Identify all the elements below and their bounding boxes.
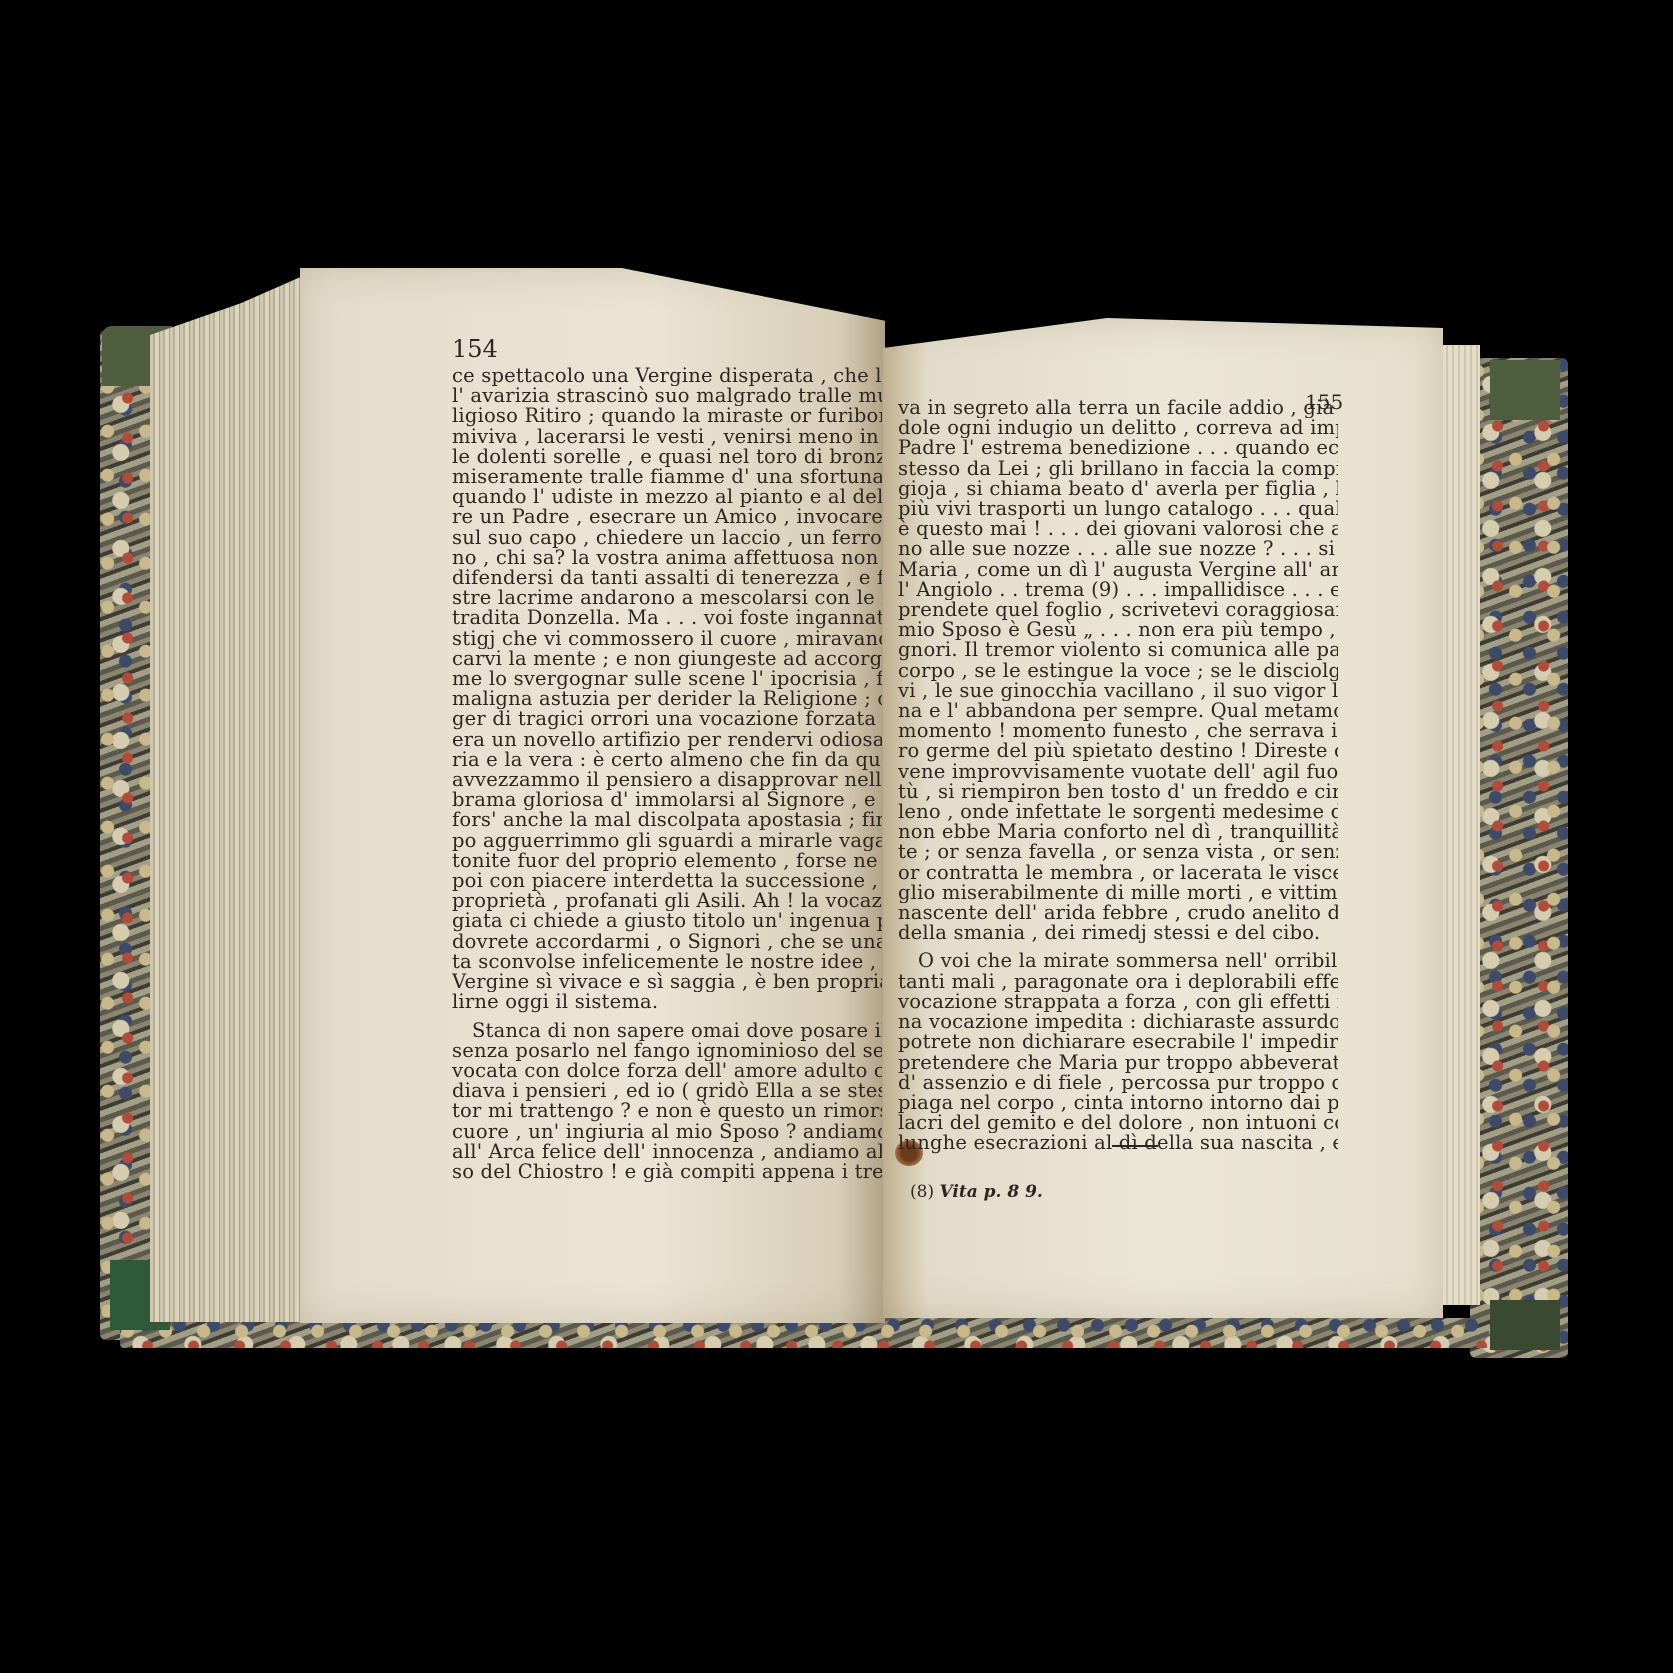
text-line: quando l' udiste in mezzo al pianto e al… — [452, 487, 882, 507]
text-line: gioja , si chiama beato d' averla per fi… — [898, 479, 1338, 499]
text-line: Vergine sì vivace e sì saggia , è ben pr… — [452, 972, 882, 992]
text-line: na e l' abbandona per sempre. Qual metam… — [898, 701, 1338, 721]
text-line: tradita Donzella. Ma . . . voi foste ing… — [452, 608, 882, 628]
text-line: stre lacrime andarono a mescolarsi con l… — [452, 588, 882, 608]
text-line: tonite fuor del proprio elemento , forse… — [452, 851, 882, 871]
text-line: ta sconvolse infelicemente le nostre ide… — [452, 952, 882, 972]
text-line: diava i pensieri , ed io ( gridò Ella a … — [452, 1081, 882, 1101]
paragraph-gap — [452, 1013, 882, 1021]
text-line: piaga nel corpo , cinta intorno intorno … — [898, 1093, 1338, 1113]
text-line: glio miserabilmente di mille morti , e v… — [898, 883, 1338, 903]
text-line: vocata con dolce forza dell' amore adult… — [452, 1061, 882, 1081]
text-line: no alle sue nozze . . . alle sue nozze ?… — [898, 539, 1338, 559]
text-line: difendersi da tanti assalti di tenerezza… — [452, 568, 882, 588]
text-line: ligioso Ritiro ; quando la miraste or fu… — [452, 406, 882, 426]
text-line: ce spettacolo una Vergine disperata , ch… — [452, 366, 882, 386]
text-line: dole ogni indugio un delitto , correva a… — [898, 418, 1338, 438]
text-line: della smania , dei rimedj stessi e del c… — [898, 923, 1338, 943]
text-line: O voi che la mirate sommersa nell' orrib… — [898, 951, 1338, 971]
paragraph-gap — [898, 943, 1338, 951]
text-line: è questo mai ! . . . dei giovani valoros… — [898, 519, 1338, 539]
text-line: poi con piacere interdetta la succession… — [452, 871, 882, 891]
text-line: tanti mali , paragonate ora i deplorabil… — [898, 972, 1338, 992]
text-line: Padre l' estrema benedizione . . . quand… — [898, 438, 1338, 458]
text-line: pretendere che Maria pur troppo abbevera… — [898, 1053, 1338, 1073]
text-line: no , chi sa? la vostra anima affettuosa … — [452, 548, 882, 568]
text-line: l' avarizia strascinò suo malgrado trall… — [452, 386, 882, 406]
left-page-text: ce spettacolo una Vergine disperata , ch… — [452, 366, 882, 1182]
text-line: Stanca di non sapere omai dove posare il… — [452, 1021, 882, 1041]
text-line: po agguerrimmo gli sguardi a mirarle vag… — [452, 831, 882, 851]
text-line: gnori. Il tremor violento si comunica al… — [898, 640, 1338, 660]
text-line: vi , le sue ginocchia vacillano , il suo… — [898, 681, 1338, 701]
text-line: corpo , se le estingue la voce ; se le d… — [898, 661, 1338, 681]
text-line: va in segreto alla terra un facile addio… — [898, 398, 1338, 418]
text-line: l' Angiolo . . trema (9) . . . impallidi… — [898, 580, 1338, 600]
right-page-text: va in segreto alla terra un facile addio… — [898, 398, 1338, 1154]
text-line: brama gloriosa d' immolarsi al Signore ,… — [452, 790, 882, 810]
text-line: sul suo capo , chiedere un laccio , un f… — [452, 528, 882, 548]
text-line: tor mi trattengo ? e non è questo un rim… — [452, 1101, 882, 1121]
text-line: vene improvvisamente vuotate dell' agil … — [898, 762, 1338, 782]
text-line: or contratta le membra , or lacerata le … — [898, 863, 1338, 883]
text-line: era un novello artifizio per rendervi od… — [452, 730, 882, 750]
text-line: so del Chiostro ! e già compiti appena i… — [452, 1162, 882, 1182]
text-line: lacri del gemito e del dolore , non intu… — [898, 1113, 1338, 1133]
footnote: (8) Vita p. 8 9. — [910, 1182, 1043, 1202]
text-line: all' Arca felice dell' innocenza , andia… — [452, 1142, 882, 1162]
text-line: fors' anche la mal discolpata apostasia … — [452, 810, 882, 830]
text-line: senza posarlo nel fango ignominioso del … — [452, 1041, 882, 1061]
page-number-left: 154 — [452, 335, 498, 363]
text-line: Maria , come un dì l' augusta Vergine al… — [898, 560, 1338, 580]
text-line: potrete non dichiarare esecrabile l' imp… — [898, 1032, 1338, 1052]
text-line: na vocazione impedita : dichiaraste assu… — [898, 1012, 1338, 1032]
footnote-marker: (8) — [910, 1182, 934, 1202]
text-line: ger di tragici orrori una vocazione forz… — [452, 709, 882, 729]
text-line: prendete quel foglio , scrivetevi coragg… — [898, 600, 1338, 620]
text-line: stesso da Lei ; gli brillano in faccia l… — [898, 459, 1338, 479]
marbled-cover-right — [1470, 358, 1568, 1358]
text-line: giata ci chiede a giusto titolo un' inge… — [452, 911, 882, 931]
text-line: te ; or senza favella , or senza vista ,… — [898, 842, 1338, 862]
open-book: 154 ce spettacolo una Vergine disperata … — [0, 0, 1673, 1673]
text-line: d' assenzio e di fiele , percossa pur tr… — [898, 1073, 1338, 1093]
text-line: miseramente tralle fiamme d' una sfortun… — [452, 467, 882, 487]
text-line: vocazione strappata a forza , con gli ef… — [898, 992, 1338, 1012]
text-line: lirne oggi il sistema. — [452, 992, 882, 1012]
text-line: cuore , un' ingiuria al mio Sposo ? andi… — [452, 1122, 882, 1142]
text-line: mio Sposo è Gesù „ . . . non era più tem… — [898, 620, 1338, 640]
footnote-rule — [1112, 1145, 1158, 1147]
leather-corner-top-right — [1490, 360, 1560, 420]
text-line: non ebbe Maria conforto nel dì , tranqui… — [898, 822, 1338, 842]
text-line: le dolenti sorelle , e quasi nel toro di… — [452, 447, 882, 467]
text-line: lunghe esecrazioni al dì della sua nasci… — [898, 1133, 1338, 1153]
footnote-text: Vita p. 8 9. — [940, 1182, 1043, 1202]
text-line: più vivi trasporti un lungo catalogo . .… — [898, 499, 1338, 519]
text-line: proprietà , profanati gli Asili. Ah ! la… — [452, 891, 882, 911]
text-line: stigj che vi commossero il cuore , mirav… — [452, 629, 882, 649]
text-line: avvezzammo il pensiero a disapprovar nel… — [452, 770, 882, 790]
text-line: ro germe del più spietato destino ! Dire… — [898, 741, 1338, 761]
text-line: maligna astuzia per derider la Religione… — [452, 689, 882, 709]
leather-corner-bottom-right — [1490, 1300, 1560, 1350]
text-line: tù , si riempiron ben tosto d' un freddo… — [898, 782, 1338, 802]
text-line: momento ! momento funesto , che serrava … — [898, 721, 1338, 741]
text-line: carvi la mente ; e non giungeste ad acco… — [452, 649, 882, 669]
text-line: ria e la vera : è certo almeno che fin d… — [452, 750, 882, 770]
text-line: me lo svergognar sulle scene l' ipocrisi… — [452, 669, 882, 689]
text-line: nascente dell' arida febbre , crudo anel… — [898, 903, 1338, 923]
text-line: re un Padre , esecrare un Amico , invoca… — [452, 507, 882, 527]
text-line: leno , onde infettate le sorgenti medesi… — [898, 802, 1338, 822]
text-line: dovrete accordarmi , o Signori , che se … — [452, 932, 882, 952]
text-line: miviva , lacerarsi le vesti , venirsi me… — [452, 427, 882, 447]
